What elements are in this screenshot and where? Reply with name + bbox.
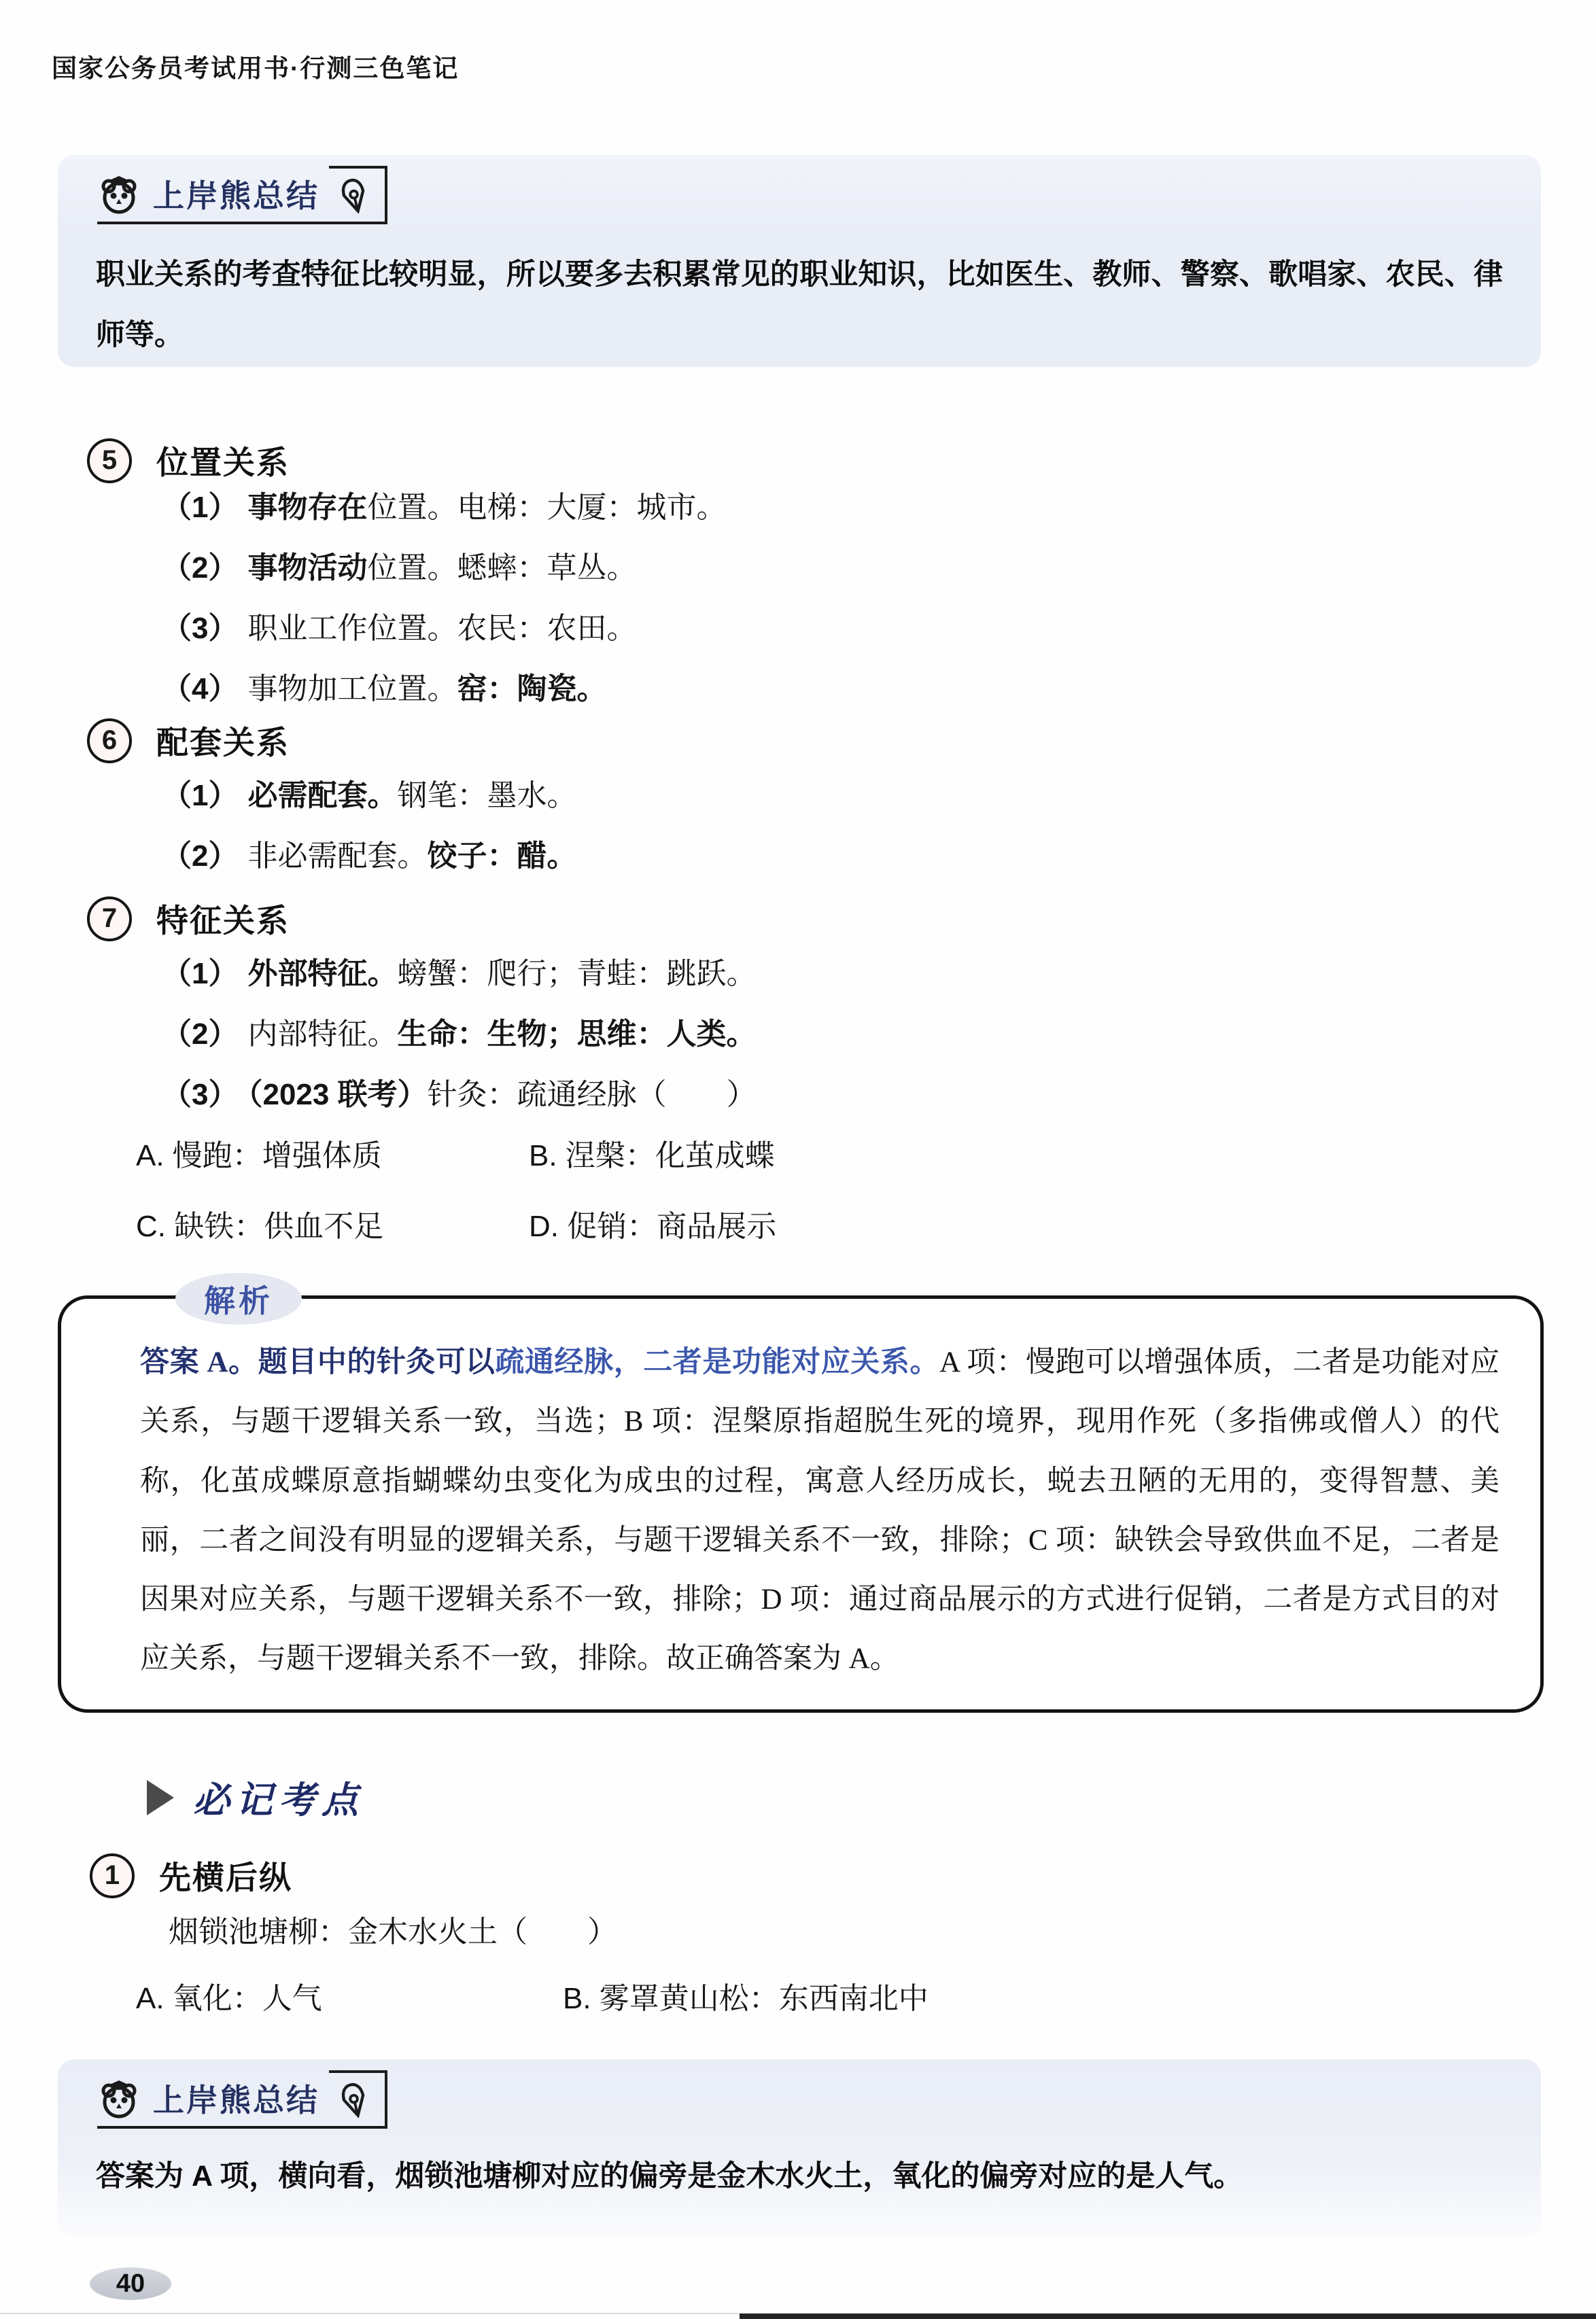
section-6-title: 配套关系	[156, 718, 290, 763]
textbook-page: 国家公务员考试用书·行测三色笔记 上岸熊总结	[0, 0, 1596, 2319]
keypoint-1-heading: 1 先横后纵	[90, 1853, 292, 1898]
section-5-number-badge: 5	[87, 438, 132, 483]
pen-icon	[332, 173, 376, 217]
analysis-label: 解析	[175, 1273, 302, 1325]
mustknow-title: 必记考点	[193, 1771, 364, 1824]
summary-badge: 上岸熊总结	[97, 2070, 387, 2129]
keypoint-1-number-badge: 1	[90, 1853, 135, 1898]
summary-top-text: 职业关系的考查特征比较明显，所以要多去积累常见的职业知识，比如医生、教师、警察、…	[96, 245, 1503, 365]
option-d: D. 促销：商品展示	[529, 1202, 776, 1245]
bear-icon	[97, 2076, 141, 2120]
list-item: （3）职业工作位置。农民：农田。	[162, 612, 726, 646]
option-b: B. 涅槃：化茧成蝶	[529, 1131, 776, 1174]
summary-box-bottom: 上岸熊总结 答案为 A 项，横向看，烟锁池塘柳对应的偏旁是金木水火土，氧化的偏旁…	[58, 2059, 1541, 2237]
section-5-items: （1）事物存在位置。电梯：大厦：城市。 （2）事物活动位置。蟋蟀：草丛。 （3）…	[162, 491, 726, 706]
list-item: （2）事物活动位置。蟋蟀：草丛。	[162, 551, 726, 585]
summary-badge-label: 上岸熊总结	[153, 171, 319, 216]
section-7-heading: 7 特征关系	[87, 896, 290, 941]
option-b: B. 雾罩黄山松：东西南北中	[563, 1974, 929, 2017]
list-item: （3）（2023 联考）针灸：疏通经脉（ ）	[162, 1078, 757, 1112]
question-7-options: A. 慢跑：增强体质 B. 涅槃：化茧成蝶 C. 缺铁：供血不足 D. 促销：商…	[136, 1131, 776, 1245]
list-item: （1）事物存在位置。电梯：大厦：城市。	[162, 491, 726, 525]
bear-icon	[97, 172, 141, 215]
analysis-body-segment: A 项：慢跑可以增强体质，二者是功能对应关系，与题干逻辑关系一致，当选；B 项：…	[140, 1346, 1499, 1675]
pen-icon	[332, 2078, 376, 2122]
section-6-heading: 6 配套关系	[87, 718, 290, 763]
option-c: C. 缺铁：供血不足	[136, 1202, 529, 1245]
analysis-box: 解析 答案 A。题目中的针灸可以疏通经脉，二者是功能对应关系。A 项：慢跑可以增…	[58, 1295, 1544, 1713]
bottom-edge-line	[740, 2314, 1596, 2319]
pen-frame	[329, 2070, 387, 2126]
list-item: （2）非必需配套。饺子：醋。	[162, 839, 576, 873]
option-a: A. 慢跑：增强体质	[136, 1131, 529, 1174]
page-number: 40	[90, 2267, 171, 2300]
analysis-highlight-segment: 疏通经脉，二者是功能对应关系。	[495, 1346, 939, 1378]
analysis-text: 答案 A。题目中的针灸可以疏通经脉，二者是功能对应关系。A 项：慢跑可以增强体质…	[140, 1333, 1499, 1689]
list-item: （1）外部特征。螃蟹：爬行；青蛙：跳跃。	[162, 957, 757, 991]
pen-frame	[329, 166, 387, 222]
list-item: （2）内部特征。生命：生物；思维：人类。	[162, 1017, 757, 1051]
section-7-number-badge: 7	[87, 896, 132, 941]
keypoint-1-title: 先横后纵	[159, 1853, 292, 1898]
section-6-items: （1）必需配套。钢笔：墨水。 （2）非必需配套。饺子：醋。	[162, 779, 576, 873]
keypoint-1-options: A. 氧化：人气 B. 雾罩黄山松：东西南北中	[136, 1974, 929, 2017]
section-7-title: 特征关系	[156, 896, 290, 941]
summary-bottom-text: 答案为 A 项，横向看，烟锁池塘柳对应的偏旁是金木水火土，氧化的偏旁对应的是人气…	[96, 2146, 1503, 2207]
summary-badge-label: 上岸熊总结	[153, 2076, 319, 2121]
option-a: A. 氧化：人气	[136, 1974, 563, 2017]
page-header-title: 国家公务员考试用书·行测三色笔记	[52, 48, 459, 84]
summary-badge-inner: 上岸熊总结	[97, 2070, 326, 2126]
analysis-answer-segment: 答案 A。题目中的针灸可以	[140, 1346, 495, 1378]
summary-badge: 上岸熊总结	[97, 166, 387, 224]
mustknow-heading: 必记考点	[147, 1771, 364, 1824]
section-5-title: 位置关系	[156, 438, 290, 483]
section-7-items: （1）外部特征。螃蟹：爬行；青蛙：跳跃。 （2）内部特征。生命：生物；思维：人类…	[162, 957, 757, 1112]
arrow-right-icon	[147, 1780, 174, 1815]
keypoint-1-question: 烟锁池塘柳：金木水火土（ ）	[169, 1915, 617, 1949]
summary-box-top: 上岸熊总结 职业关系的考查特征比较明显，所以要多去积累常见的职业知识，比如医生、…	[58, 155, 1541, 367]
summary-badge-inner: 上岸熊总结	[97, 166, 326, 222]
list-item: （1）必需配套。钢笔：墨水。	[162, 779, 576, 813]
list-item: （4）事物加工位置。窑：陶瓷。	[162, 672, 726, 706]
section-6-number-badge: 6	[87, 718, 132, 763]
section-5-heading: 5 位置关系	[87, 438, 290, 483]
